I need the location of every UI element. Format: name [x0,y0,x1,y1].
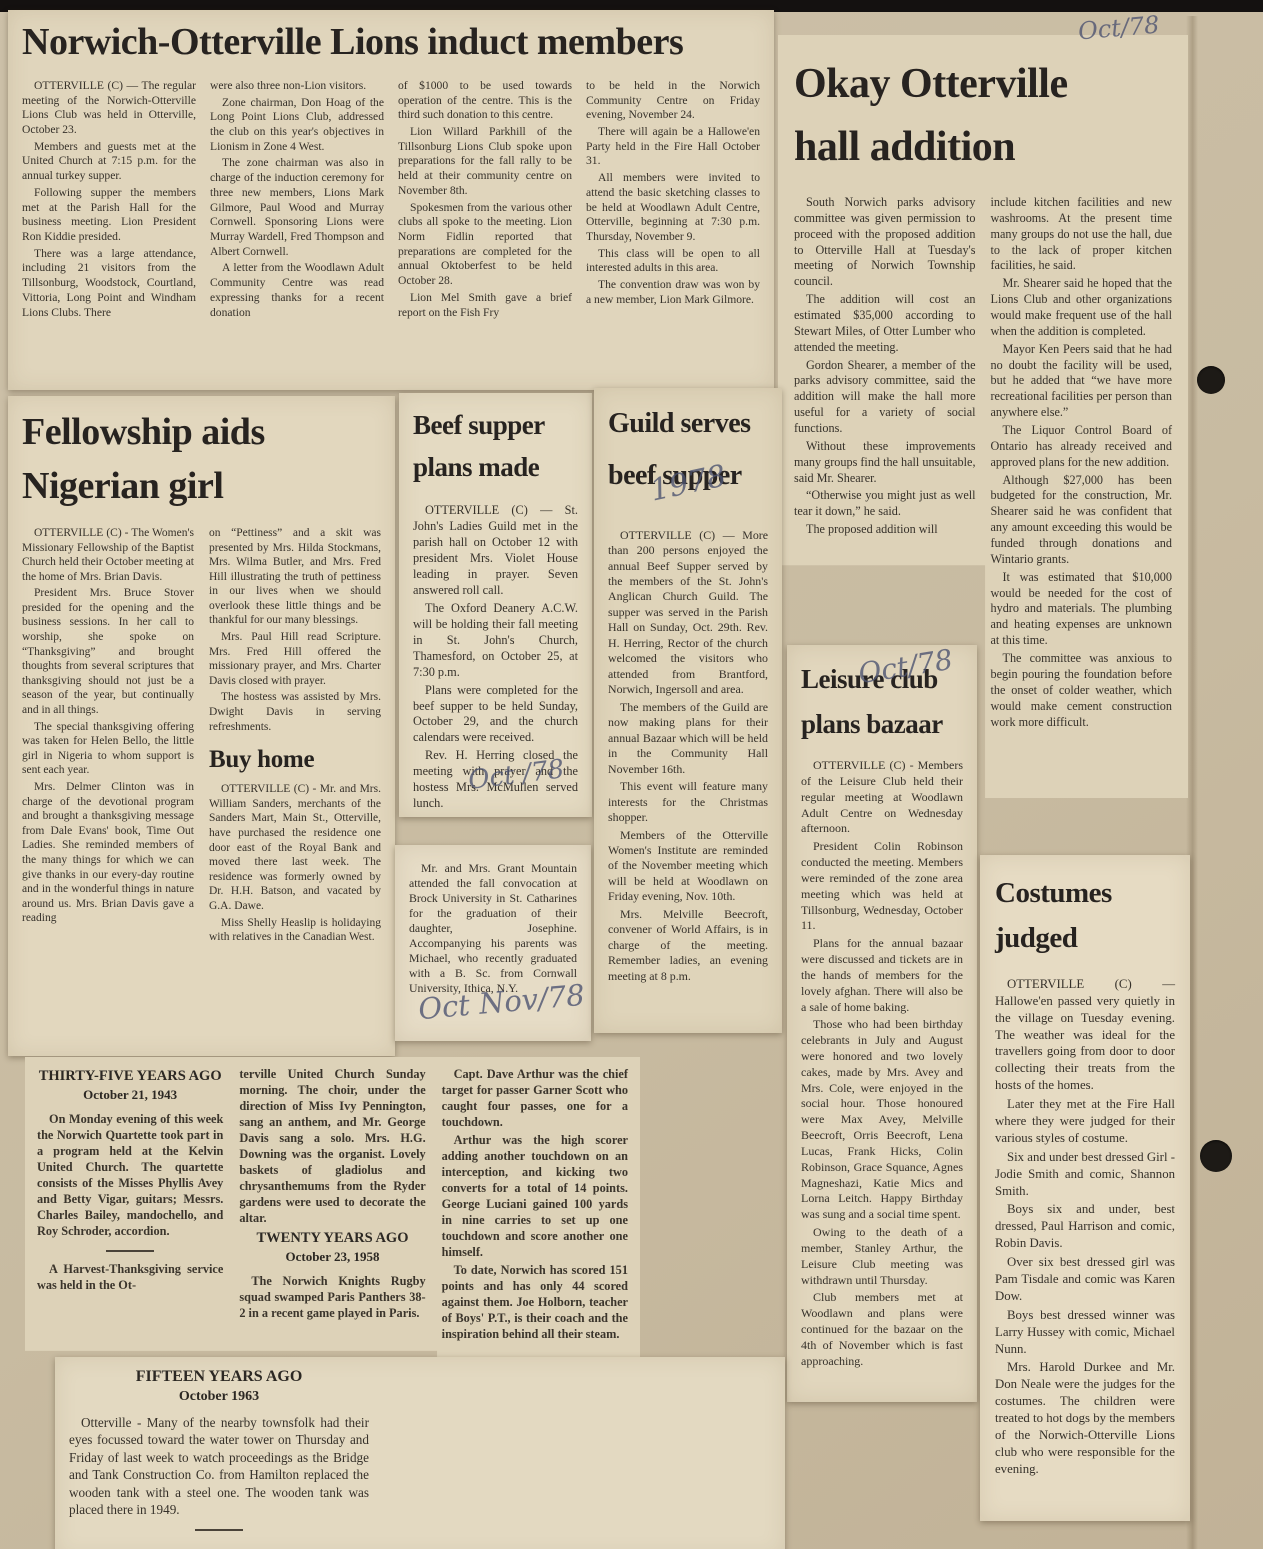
paragraph: of $1000 to be used towards operation of… [398,79,572,123]
paragraph: Mrs. Melville Beecroft, convener of Worl… [608,907,768,984]
paragraph: Mayor Ken Peers said that he had no doub… [991,342,1173,421]
article-columns: OTTERVILLE (C) - The Women's Missionary … [22,526,381,947]
headline-buy-home: Buy home [209,746,381,774]
paragraph: Six and under best dressed Girl - Jodie … [995,1149,1175,1200]
column: THIRTY-FIVE YEARS AGO October 21, 1943 O… [37,1067,223,1345]
paragraph: were also three non-Lion visitors. [210,79,384,94]
paragraph: to be held in the Norwich Community Cent… [586,79,760,123]
scrapbook-page: Norwich-Otterville Lions induct members … [0,0,1263,1549]
clipping-fifteen-years-ago: FIFTEEN YEARS AGO October 1963 Ottervill… [55,1357,785,1549]
section-rule [106,1250,154,1252]
article-body: FIFTEEN YEARS AGO October 1963 Ottervill… [69,1367,369,1531]
article-body: OTTERVILLE (C) — More than 200 persons e… [608,528,768,985]
column: were also three non-Lion visitors.Zone c… [210,79,384,323]
paragraph: This class will be open to all intereste… [586,247,760,276]
paragraph: The committee was anxious to begin pouri… [991,651,1173,730]
heading-twenty-years: TWENTY YEARS AGO [239,1229,425,1247]
paragraph: OTTERVILLE (C) - The Women's Missionary … [22,526,194,584]
paragraph: “Otherwise you might just as well tear i… [794,488,976,520]
paragraph: The members of the Guild are now making … [608,700,768,777]
paragraph: This event will feature many interests f… [608,779,768,825]
buy-home-body: OTTERVILLE (C) - Mr. and Mrs. William Sa… [209,782,381,945]
paragraph: Capt. Dave Arthur was the chief target f… [442,1067,628,1131]
paragraph: OTTERVILLE (C) - Members of the Leisure … [801,758,963,837]
headline-line: hall addition [794,116,1172,179]
paragraph: The Liquor Control Board of Ontario has … [991,423,1173,471]
column-body: A Harvest-Thanksgiving service was held … [37,1262,223,1294]
paragraph: OTTERVILLE (C) — Hallowe'en passed very … [995,976,1175,1094]
paragraph: Lion Willard Parkhill of the Tillsonburg… [398,125,572,199]
paragraph: The convention draw was won by a new mem… [586,278,760,307]
paragraph: The zone chairman was also in charge of … [210,156,384,259]
paragraph: There will again be a Hallowe'en Party h… [586,125,760,169]
paragraph: Lion Mel Smith gave a brief report on th… [398,291,572,320]
article-body: OTTERVILLE (C) — Hallowe'en passed very … [995,976,1175,1478]
paragraph: Zone chairman, Don Hoag of the Long Poin… [210,96,384,155]
column-continuation: terville United Church Sunday morning. T… [239,1067,425,1227]
column: on “Pettiness” and a skit was presented … [209,526,381,947]
paragraph: OTTERVILLE (C) — More than 200 persons e… [608,528,768,698]
column: Capt. Dave Arthur was the chief target f… [442,1067,628,1345]
clipping-leisure-club: Leisure clubplans bazaar OTTERVILLE (C) … [787,645,977,1402]
paragraph: A Harvest-Thanksgiving service was held … [37,1262,223,1294]
paragraph: Mr. Shearer said he hoped that the Lions… [991,276,1173,339]
paragraph: Although $27,000 has been budgeted for t… [991,473,1173,568]
clipping-beef-supper-plans: Beef supperplans made OTTERVILLE (C) — S… [399,393,592,817]
paragraph: Club members met at Woodlawn and plans w… [801,1290,963,1369]
article-body: OTTERVILLE (C) - Members of the Leisure … [801,758,963,1369]
headline-hall-addition: Okay Ottervillehall addition [794,53,1172,179]
paragraph: To date, Norwich has scored 151 points a… [442,1263,628,1343]
paragraph: OTTERVILLE (C) — St. John's Ladies Guild… [413,503,578,599]
paragraph: Mrs. Paul Hill read Scripture. Mrs. Fred… [209,630,381,688]
headline-line: plans bazaar [801,702,963,747]
paragraph: The special thanksgiving offering was ta… [22,720,194,778]
clipping-fellowship: Fellowship aidsNigerian girl OTTERVILLE … [8,396,395,1056]
column-body: Otterville - Many of the nearby townsfol… [69,1414,369,1519]
paragraph: Those who had been birthday celebrants i… [801,1017,963,1223]
article-columns: OTTERVILLE (C) — The regular meeting of … [22,79,760,323]
paragraph: Plans were completed for the beef supper… [413,683,578,747]
headline-beef-supper-plans: Beef supperplans made [413,405,578,489]
paragraph: On Monday evening of this week the Norwi… [37,1112,223,1240]
paragraph: terville United Church Sunday morning. T… [239,1067,425,1227]
paragraph: Miss Shelly Heaslip is holidaying with r… [209,916,381,945]
paragraph: Members and guests met at the United Chu… [22,140,196,184]
heading-thirty-five-years: THIRTY-FIVE YEARS AGO [37,1067,223,1085]
punch-hole-top [1197,366,1225,394]
section-rule [195,1529,243,1531]
paragraph: OTTERVILLE (C) - Mr. and Mrs. William Sa… [209,782,381,913]
column: include kitchen facilities and new washr… [991,195,1173,732]
headline-costumes-judged: Costumesjudged [995,871,1175,961]
column-body: The Norwich Knights Rugby squad swamped … [239,1274,425,1322]
headline-line: Nigerian girl [22,460,381,514]
column: of $1000 to be used towards operation of… [398,79,572,323]
paragraph: It was estimated that $10,000 would be n… [991,570,1173,649]
paragraph: There was a large attendance, including … [22,247,196,321]
paragraph: President Mrs. Bruce Stover presided for… [22,586,194,717]
headline-line: plans made [413,447,578,489]
paragraph: The Norwich Knights Rugby squad swamped … [239,1274,425,1322]
headline-line: judged [995,916,1175,961]
paragraph: President Colin Robinson conducted the m… [801,839,963,934]
column: OTTERVILLE (C) — The regular meeting of … [22,79,196,323]
clipping-lions-induct: Norwich-Otterville Lions induct members … [8,10,774,390]
article-columns: THIRTY-FIVE YEARS AGO October 21, 1943 O… [37,1067,628,1345]
paragraph: The Oxford Deanery A.C.W. will be holdin… [413,601,578,681]
column: OTTERVILLE (C) - The Women's Missionary … [22,526,194,947]
paragraph: Without these improvements many groups f… [794,439,976,487]
column-continuation: on “Pettiness” and a skit was presented … [209,526,381,734]
paragraph: include kitchen facilities and new washr… [991,195,1173,274]
paragraph: Arthur was the high scorer adding anothe… [442,1133,628,1261]
paragraph: Boys six and under, best dressed, Paul H… [995,1201,1175,1252]
paragraph: Mrs. Delmer Clinton was in charge of the… [22,780,194,926]
date-fifteen-years: October 1963 [69,1389,369,1405]
headline-line: Okay Otterville [794,53,1172,116]
heading-fifteen-years: FIFTEEN YEARS AGO [69,1367,369,1387]
paragraph: All members were invited to attend the b… [586,171,760,245]
paragraph: Owing to the death of a member, Stanley … [801,1225,963,1288]
column-body: On Monday evening of this week the Norwi… [37,1112,223,1240]
headline-fellowship: Fellowship aidsNigerian girl [22,406,381,514]
paragraph: on “Pettiness” and a skit was presented … [209,526,381,628]
paragraph: Spokesmen from the various other clubs a… [398,201,572,289]
paragraph: The proposed addition will [794,522,976,538]
paragraph: Mr. and Mrs. Grant Mountain attended the… [409,861,577,996]
clipping-costumes-judged: Costumesjudged OTTERVILLE (C) — Hallowe'… [980,855,1190,1521]
paragraph: Over six best dressed girl was Pam Tisda… [995,1254,1175,1305]
punch-hole-bottom [1200,1140,1232,1172]
headline-line: Beef supper [413,405,578,447]
paragraph: Otterville - Many of the nearby townsfol… [69,1414,369,1519]
paragraph: Boys best dressed winner was Larry Husse… [995,1307,1175,1358]
column: terville United Church Sunday morning. T… [239,1067,425,1345]
paragraph: Plans for the annual bazaar were discuss… [801,936,963,1015]
paragraph: Members of the Otterville Women's Instit… [608,828,768,905]
headline-lions-induct: Norwich-Otterville Lions induct members [22,22,760,64]
paragraph: The hostess was assisted by Mrs. Dwight … [209,690,381,734]
paragraph: OTTERVILLE (C) — The regular meeting of … [22,79,196,138]
paragraph: Gordon Shearer, a member of the parks ad… [794,358,976,437]
headline-line: Fellowship aids [22,406,381,460]
headline-line: Costumes [995,871,1175,916]
column: to be held in the Norwich Community Cent… [586,79,760,323]
paragraph: The addition will cost an estimated $35,… [794,292,976,355]
date-thirty-five-years: October 21, 1943 [37,1087,223,1103]
date-twenty-years: October 23, 1958 [239,1249,425,1265]
article-body: Mr. and Mrs. Grant Mountain attended the… [409,861,577,996]
headline-line: Guild serves [608,398,768,450]
paragraph: Later they met at the Fire Hall where th… [995,1096,1175,1147]
paragraph: Following supper the members met at the … [22,186,196,245]
paragraph: South Norwich parks advisory committee w… [794,195,976,290]
paragraph: A letter from the Woodlawn Adult Communi… [210,261,384,320]
paragraph: Mrs. Harold Durkee and Mr. Don Neale wer… [995,1359,1175,1477]
